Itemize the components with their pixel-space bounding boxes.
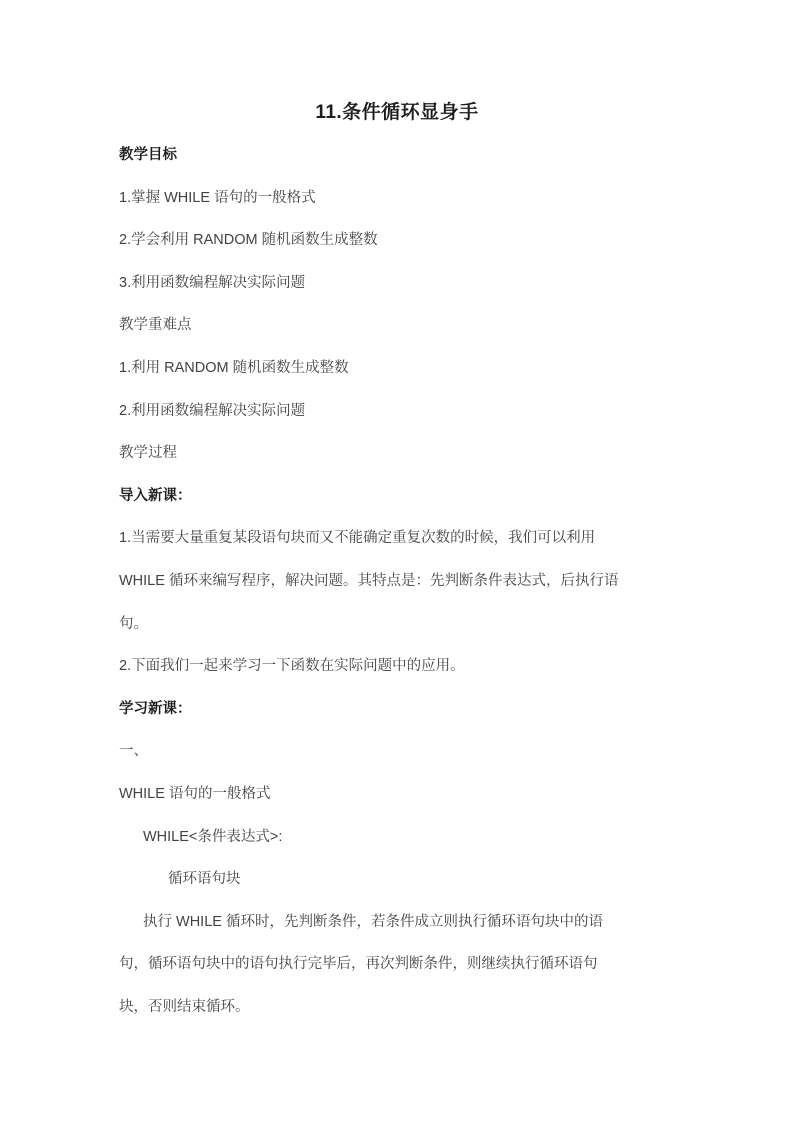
- intro-paragraph-line-2: WHILE 循环来编写程序，解决问题。其特点是：先判断条件表达式，后执行语: [119, 560, 719, 603]
- document-body: 教学目标 1.掌握 WHILE 语句的一般格式 2.学会利用 RANDOM 随机…: [119, 134, 719, 1028]
- objective-item-3: 3.利用函数编程解决实际问题: [119, 262, 719, 305]
- heading-teaching-process: 教学过程: [119, 432, 719, 475]
- heading-teaching-objectives: 教学目标: [119, 134, 719, 177]
- while-format-heading: WHILE 语句的一般格式: [119, 773, 719, 816]
- heading-key-points: 教学重难点: [119, 304, 719, 347]
- while-explain-line-1: 执行 WHILE 循环时，先判断条件，若条件成立则执行循环语句块中的语: [119, 901, 719, 944]
- objective-item-2: 2.学会利用 RANDOM 随机函数生成整数: [119, 219, 719, 262]
- heading-lesson-intro: 导入新课：: [119, 475, 719, 518]
- while-explain-line-2: 句，循环语句块中的语句执行完毕后，再次判断条件，则继续执行循环语句: [119, 943, 719, 986]
- intro-item-2: 2.下面我们一起来学习一下函数在实际问题中的应用。: [119, 645, 719, 688]
- loop-block-line: 循环语句块: [119, 858, 719, 901]
- objective-item-1: 1.掌握 WHILE 语句的一般格式: [119, 177, 719, 220]
- intro-paragraph-line-3: 句。: [119, 603, 719, 646]
- while-syntax-line: WHILE<条件表达式>:: [119, 816, 719, 859]
- heading-new-lesson: 学习新课：: [119, 688, 719, 731]
- while-explain-line-3: 块，否则结束循环。: [119, 986, 719, 1029]
- document-title: 11.条件循环显身手: [0, 97, 794, 124]
- intro-paragraph-line-1: 1.当需要大量重复某段语句块而又不能确定重复次数的时候，我们可以利用: [119, 517, 719, 560]
- key-point-item-1: 1.利用 RANDOM 随机函数生成整数: [119, 347, 719, 390]
- key-point-item-2: 2.利用函数编程解决实际问题: [119, 390, 719, 433]
- document-page: 11.条件循环显身手 教学目标 1.掌握 WHILE 语句的一般格式 2.学会利…: [0, 0, 794, 1123]
- section-number-one: 一、: [119, 730, 719, 773]
